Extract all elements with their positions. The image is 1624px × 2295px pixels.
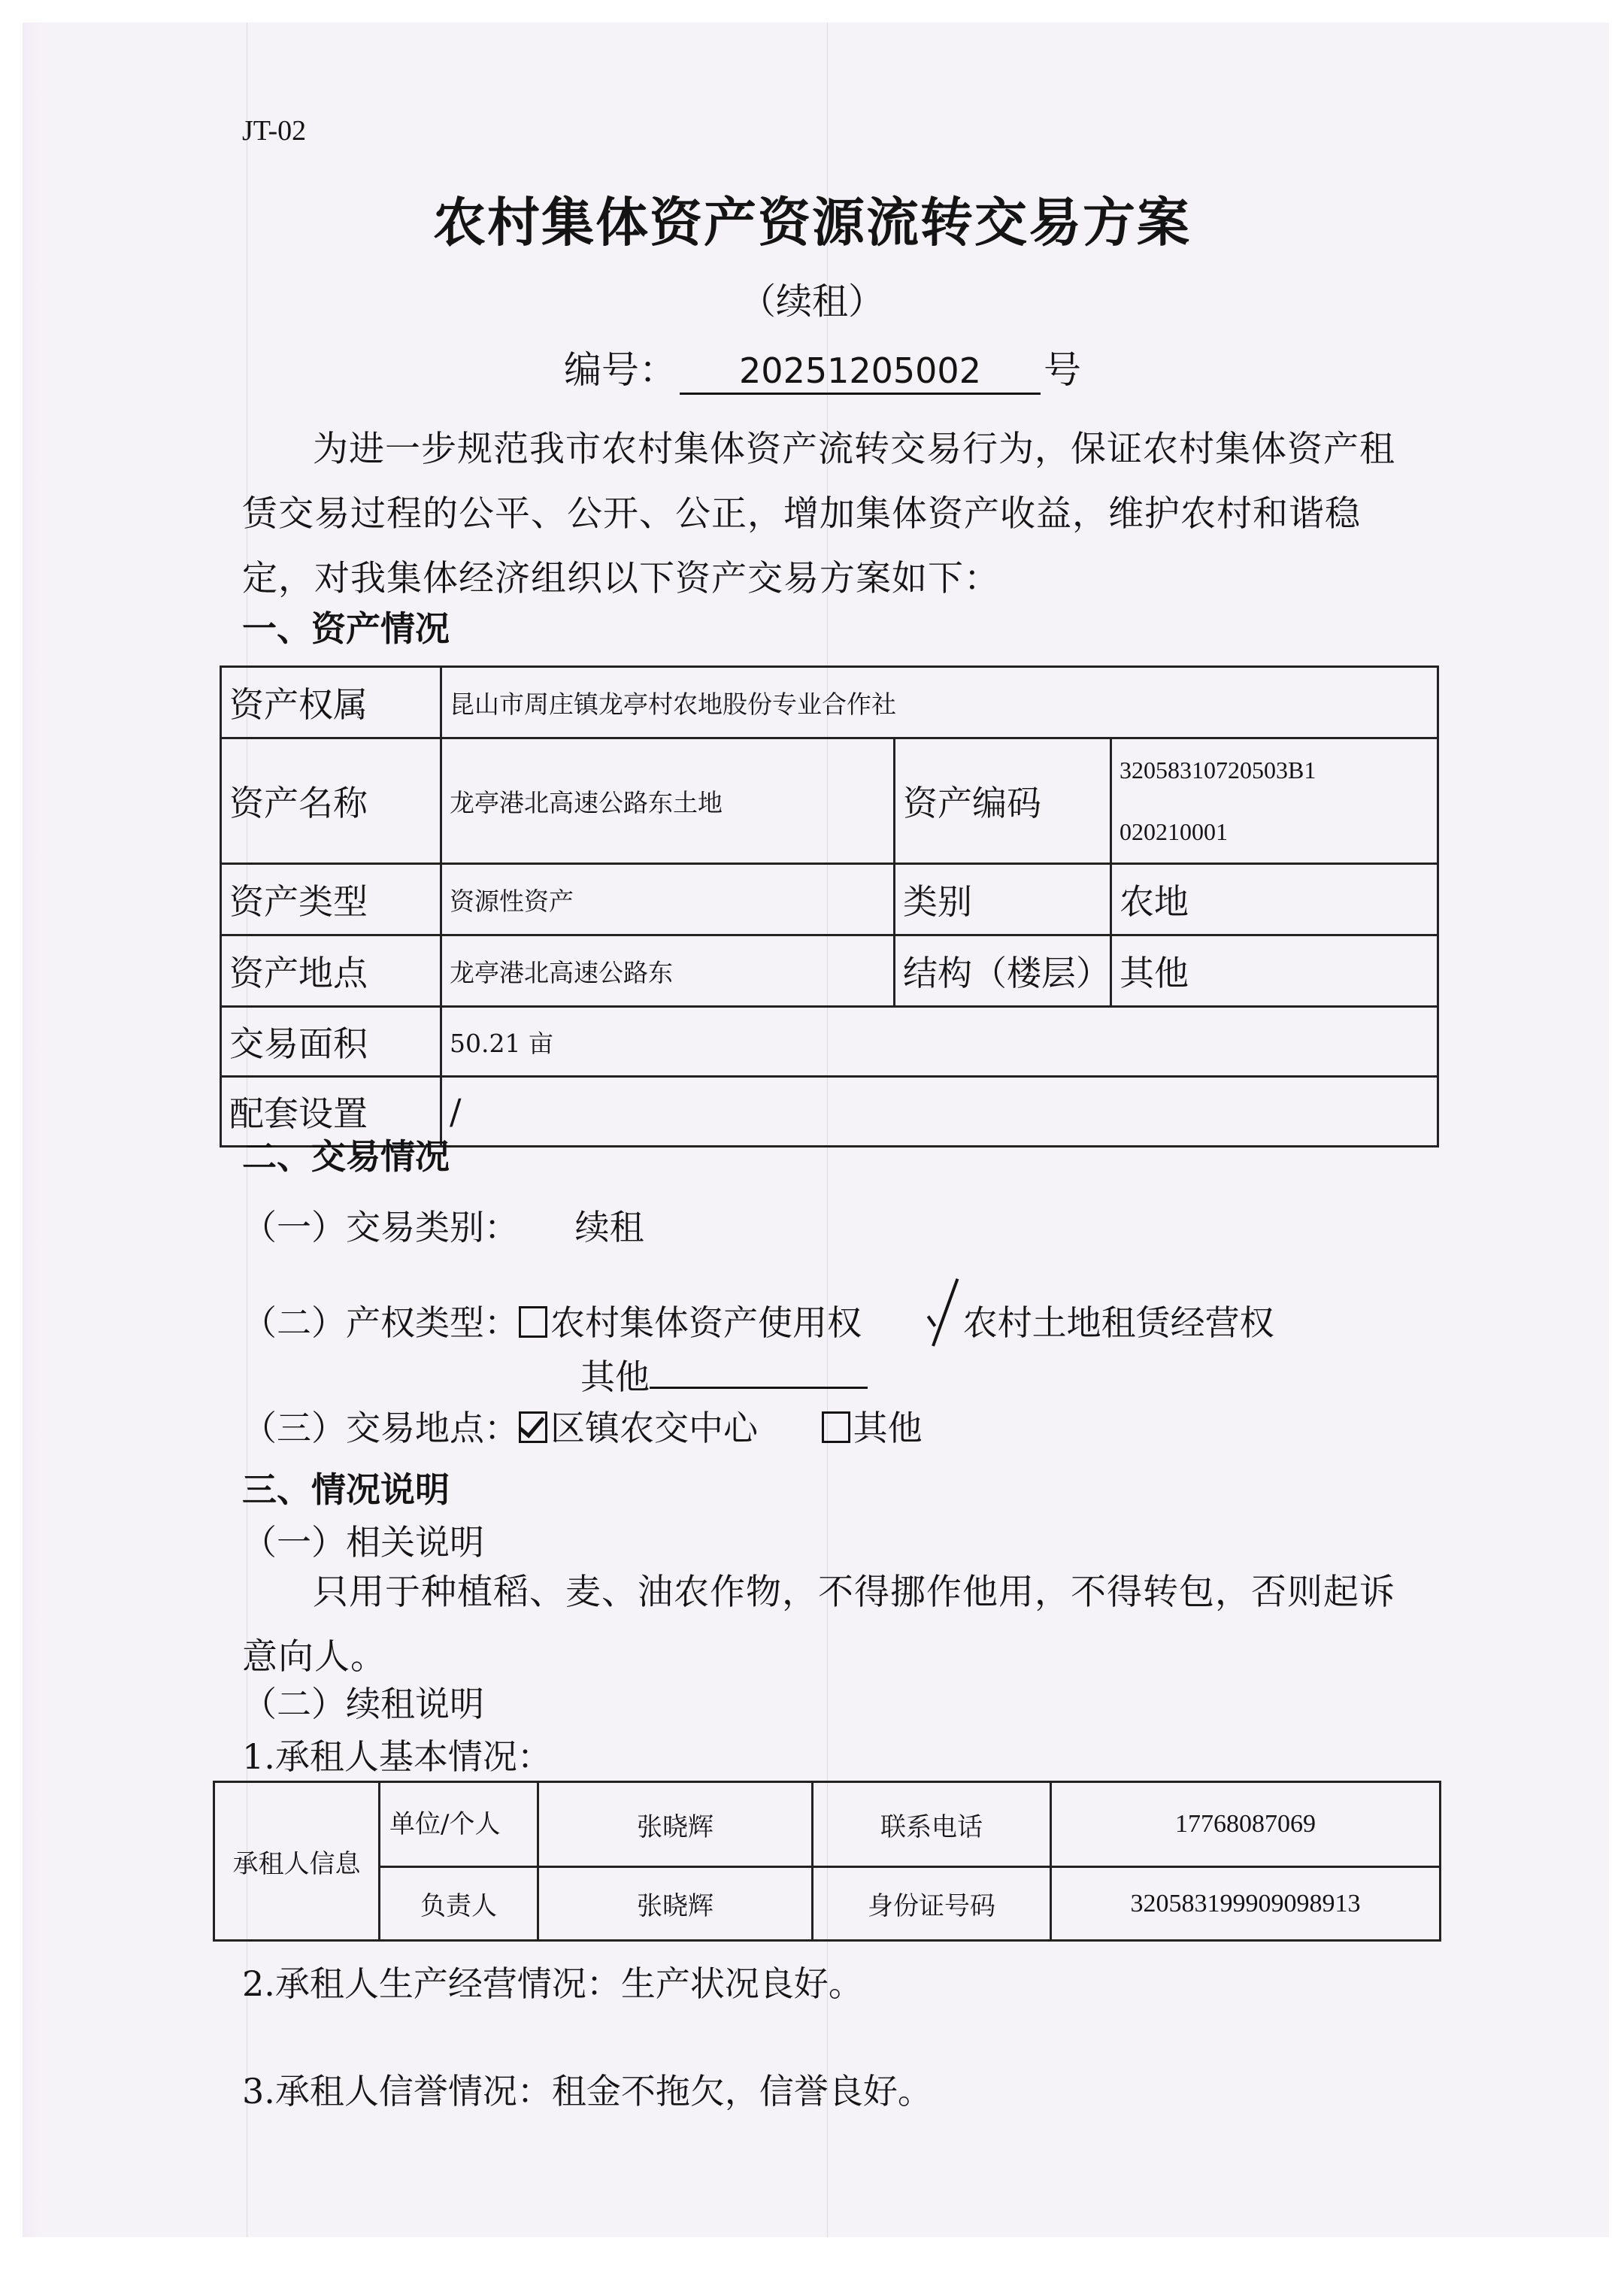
asset-type-value: 资源性资产	[441, 864, 895, 935]
asset-name-value: 龙亭港北高速公路东土地	[441, 738, 895, 864]
intro-paragraph: 为进一步规范我市农村集体资产流转交易行为，保证农村集体资产租赁交易过程的公平、公…	[242, 417, 1415, 611]
head-value: 张晓辉	[538, 1867, 813, 1941]
section3-heading: 三、情况说明	[242, 1463, 450, 1512]
asset-code-line1: 32058310720503B1	[1120, 739, 1429, 801]
section1-heading: 一、资产情况	[242, 602, 450, 651]
sub1-text: 只用于种植稻、麦、油农作物，不得挪作他用，不得转包，否则起诉意向人。	[242, 1572, 1395, 1678]
table-row: 资产名称 龙亭港北高速公路东土地 资产编码 32058310720503B1 0…	[221, 738, 1438, 864]
right-type-line: （二）产权类型：农村集体资产使用权 农村土地租赁经营权	[242, 1275, 1274, 1345]
lessee-group-label: 承租人信息	[214, 1782, 380, 1941]
phone-label: 联系电话	[813, 1782, 1051, 1867]
area-value: 50.21 亩	[441, 1007, 1438, 1077]
facilities-value: /	[441, 1077, 1438, 1147]
right-type-option1-checkbox[interactable]	[519, 1306, 547, 1338]
sub1-heading: （一）相关说明	[242, 1515, 484, 1565]
right-type-other-line: 其他	[580, 1350, 868, 1399]
document-number: 编号：20251205002号	[564, 340, 1081, 395]
phone-value: 17768087069	[1051, 1782, 1441, 1867]
location-option2-text: 其他	[853, 1408, 923, 1448]
trade-type-label: （一）交易类别：	[242, 1207, 519, 1248]
area-label: 交易面积	[221, 1007, 441, 1077]
table-row: 负责人 张晓辉 身份证号码 320583199909098913	[214, 1867, 1441, 1941]
ownership-value: 昆山市周庄镇龙亭村农地股份专业合作社	[441, 667, 1438, 738]
number-label: 编号：	[564, 348, 677, 392]
id-value: 320583199909098913	[1051, 1867, 1441, 1941]
table-row: 资产类型 资源性资产 类别 农地	[221, 864, 1438, 935]
head-label: 负责人	[380, 1867, 538, 1941]
asset-code-line2: 020210001	[1120, 801, 1429, 863]
table-row: 承租人信息 单位/个人 张晓辉 联系电话 17768087069	[214, 1782, 1441, 1867]
location-label: （三）交易地点：	[242, 1408, 519, 1448]
item1-text: 1.承租人基本情况：	[242, 1730, 552, 1779]
number-value: 20251205002	[680, 350, 1041, 395]
intro-text: 为进一步规范我市农村集体资产流转交易行为，保证农村集体资产租赁交易过程的公平、公…	[242, 429, 1395, 599]
structure-label: 结构（楼层）	[895, 935, 1111, 1007]
location-line: （三）交易地点：区镇农交中心 其他	[242, 1401, 923, 1451]
checkmark-icon[interactable]	[926, 1275, 963, 1342]
sub1-paragraph: 只用于种植稻、麦、油农作物，不得挪作他用，不得转包，否则起诉意向人。	[242, 1560, 1415, 1690]
number-suffix: 号	[1044, 348, 1081, 392]
category-label: 类别	[895, 864, 1111, 935]
asset-table: 资产权属 昆山市周庄镇龙亭村农地股份专业合作社 资产名称 龙亭港北高速公路东土地…	[220, 665, 1439, 1147]
document-title: 农村集体资产资源流转交易方案	[0, 180, 1624, 256]
structure-value: 其他	[1111, 935, 1438, 1007]
right-type-label: （二）产权类型：	[242, 1302, 519, 1343]
section2-heading: 二、交易情况	[242, 1129, 450, 1179]
id-label: 身份证号码	[813, 1867, 1051, 1941]
location-label: 资产地点	[221, 935, 441, 1007]
unit-value: 张晓辉	[538, 1782, 813, 1867]
category-value: 农地	[1111, 864, 1438, 935]
document-code: JT-02	[242, 114, 306, 147]
document-subtitle: （续租）	[0, 272, 1624, 324]
right-type-other-text: 其他	[580, 1357, 650, 1397]
location-option1-checkbox[interactable]	[519, 1411, 547, 1443]
unit-label: 单位/个人	[380, 1782, 538, 1867]
right-type-option1-text: 农村集体资产使用权	[550, 1302, 862, 1343]
table-row: 资产权属 昆山市周庄镇龙亭村农地股份专业合作社	[221, 667, 1438, 738]
asset-code-label: 资产编码	[895, 738, 1111, 864]
trade-type-value: 续租	[575, 1207, 644, 1248]
trade-type-line: （一）交易类别： 续租	[242, 1200, 644, 1250]
sub2-heading: （二）续租说明	[242, 1677, 484, 1727]
item2-text: 2.承租人生产经营情况：生产状况良好。	[242, 1957, 863, 2006]
asset-code-value: 32058310720503B1 020210001	[1111, 738, 1438, 864]
location-value: 龙亭港北高速公路东	[441, 935, 895, 1007]
location-option1-text: 区镇农交中心	[550, 1408, 758, 1448]
right-type-other-blank[interactable]	[650, 1357, 868, 1389]
ownership-label: 资产权属	[221, 667, 441, 738]
asset-type-label: 资产类型	[221, 864, 441, 935]
location-option2-checkbox[interactable]	[822, 1411, 850, 1443]
right-type-option2-text: 农村土地租赁经营权	[963, 1302, 1274, 1343]
table-row: 交易面积 50.21 亩	[221, 1007, 1438, 1077]
lessee-table: 承租人信息 单位/个人 张晓辉 联系电话 17768087069 负责人 张晓辉…	[213, 1781, 1441, 1942]
item3-text: 3.承租人信誉情况：租金不拖欠，信誉良好。	[242, 2064, 932, 2114]
table-row: 资产地点 龙亭港北高速公路东 结构（楼层） 其他	[221, 935, 1438, 1007]
asset-name-label: 资产名称	[221, 738, 441, 864]
